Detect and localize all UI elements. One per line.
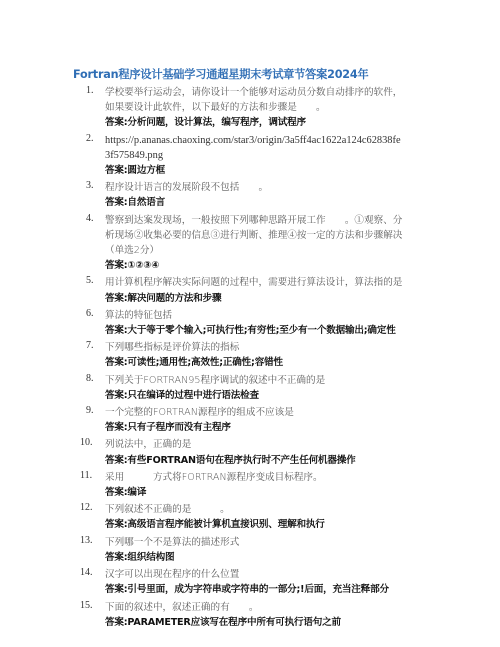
question-item: 2. https://p.ananas.chaoxing.com/star3/o… <box>0 133 405 179</box>
question-number: 1. <box>86 85 94 96</box>
question-number: 3. <box>86 180 94 191</box>
question-list: 1. 学校要举行运动会，请你设计一个能够对运动员分数自动排序的软件，如果要设计此… <box>0 85 500 632</box>
document-title: Fortran程序设计基础学习通超星期末考试章节答案2024年 <box>73 66 368 82</box>
question-text: 用计算机程序解决实际问题的过程中，需要进行算法设计，算法指的是 <box>105 275 405 290</box>
question-text: 采用 方式将FORTRAN源程序变成目标程序。 <box>105 470 405 485</box>
answer-text: 答案:可读性;通用性;高效性;正确性;容错性 <box>105 355 405 370</box>
question-item: 14. 汉字可以出现在程序的什么位置 答案:引号里面，成为字符串或字符串的一部分… <box>0 567 405 597</box>
question-item: 6. 算法的特征包括 答案:大于等于零个输入;可执行性;有穷性;至少有一个数据输… <box>0 308 405 338</box>
question-number: 12. <box>80 502 93 513</box>
question-text: https://p.ananas.chaoxing.com/star3/orig… <box>105 133 405 163</box>
question-text: 汉字可以出现在程序的什么位置 <box>105 567 405 582</box>
question-number: 5. <box>86 275 94 286</box>
question-item: 13. 下列哪一个不是算法的描述形式 答案:组织结构图 <box>0 535 405 565</box>
question-number: 2. <box>86 133 94 144</box>
document-page: Fortran程序设计基础学习通超星期末考试章节答案2024年 1. 学校要举行… <box>0 0 500 647</box>
answer-text: 答案:①②③④ <box>105 258 405 273</box>
answer-text: 答案:有些FORTRAN语句在程序执行时不产生任何机器操作 <box>105 453 405 468</box>
answer-text: 答案:高级语言程序能被计算机直接识别、理解和执行 <box>105 517 405 532</box>
question-number: 14. <box>80 567 93 578</box>
question-item: 15. 下面的叙述中，叙述正确的有 。 答案:PARAMETER应该写在程序中所… <box>0 600 405 630</box>
answer-text: 答案:只在编译的过程中进行语法检查 <box>105 388 405 403</box>
question-text: 一个完整的FORTRAN源程序的组成不应该是 <box>105 405 405 420</box>
answer-text: 答案:大于等于零个输入;可执行性;有穷性;至少有一个数据输出;确定性 <box>105 323 405 338</box>
answer-text: 答案:圆边方框 <box>105 163 405 178</box>
question-item: 7. 下列哪些指标是评价算法的指标 答案:可读性;通用性;高效性;正确性;容错性 <box>0 340 405 370</box>
answer-text: 答案:只有子程序而没有主程序 <box>105 420 405 435</box>
answer-text: 答案:分析问题，设计算法，编写程序，调试程序 <box>105 115 405 130</box>
answer-text: 答案:组织结构图 <box>105 550 405 565</box>
question-number: 8. <box>86 373 94 384</box>
answer-text: 答案:自然语言 <box>105 195 405 210</box>
question-item: 11. 采用 方式将FORTRAN源程序变成目标程序。 答案:编译 <box>0 470 405 500</box>
question-text: 下列哪一个不是算法的描述形式 <box>105 535 405 550</box>
question-text: 算法的特征包括 <box>105 308 405 323</box>
answer-text: 答案:引号里面，成为字符串或字符串的一部分;!后面，充当注释部分 <box>105 582 405 597</box>
answer-text: 答案:PARAMETER应该写在程序中所有可执行语句之前 <box>105 615 405 630</box>
question-text: 下列叙述不正确的是 。 <box>105 502 405 517</box>
question-item: 9. 一个完整的FORTRAN源程序的组成不应该是 答案:只有子程序而没有主程序 <box>0 405 405 435</box>
question-number: 7. <box>86 340 94 351</box>
question-number: 9. <box>86 405 94 416</box>
question-number: 6. <box>86 308 94 319</box>
answer-text: 答案:解决问题的方法和步骤 <box>105 291 405 306</box>
question-number: 10. <box>80 437 93 448</box>
question-number: 13. <box>80 535 93 546</box>
question-text: 下列哪些指标是评价算法的指标 <box>105 340 405 355</box>
question-text: 下面的叙述中，叙述正确的有 。 <box>105 600 405 615</box>
question-text: 程序设计语言的发展阶段不包括 。 <box>105 180 405 195</box>
question-text: 警察到达案发现场，一般按照下列哪种思路开展工作 。①观察、分析现场②收集必要的信… <box>105 213 405 259</box>
question-text: 列说法中，正确的是 <box>105 437 405 452</box>
question-text: 下列关于FORTRAN95程序调试的叙述中不正确的是 <box>105 373 405 388</box>
question-number: 4. <box>86 213 94 224</box>
answer-text: 答案:编译 <box>105 485 405 500</box>
question-text: 学校要举行运动会，请你设计一个能够对运动员分数自动排序的软件，如果要设计此软件，… <box>105 85 405 115</box>
question-item: 10. 列说法中，正确的是 答案:有些FORTRAN语句在程序执行时不产生任何机… <box>0 437 405 467</box>
question-item: 5. 用计算机程序解决实际问题的过程中，需要进行算法设计，算法指的是 答案:解决… <box>0 275 405 305</box>
question-item: 8. 下列关于FORTRAN95程序调试的叙述中不正确的是 答案:只在编译的过程… <box>0 373 405 403</box>
question-item: 4. 警察到达案发现场，一般按照下列哪种思路开展工作 。①观察、分析现场②收集必… <box>0 213 405 274</box>
question-item: 3. 程序设计语言的发展阶段不包括 。 答案:自然语言 <box>0 180 405 210</box>
question-item: 1. 学校要举行运动会，请你设计一个能够对运动员分数自动排序的软件，如果要设计此… <box>0 85 405 131</box>
question-number: 15. <box>80 600 93 611</box>
question-item: 12. 下列叙述不正确的是 。 答案:高级语言程序能被计算机直接识别、理解和执行 <box>0 502 405 532</box>
question-number: 11. <box>80 470 92 481</box>
